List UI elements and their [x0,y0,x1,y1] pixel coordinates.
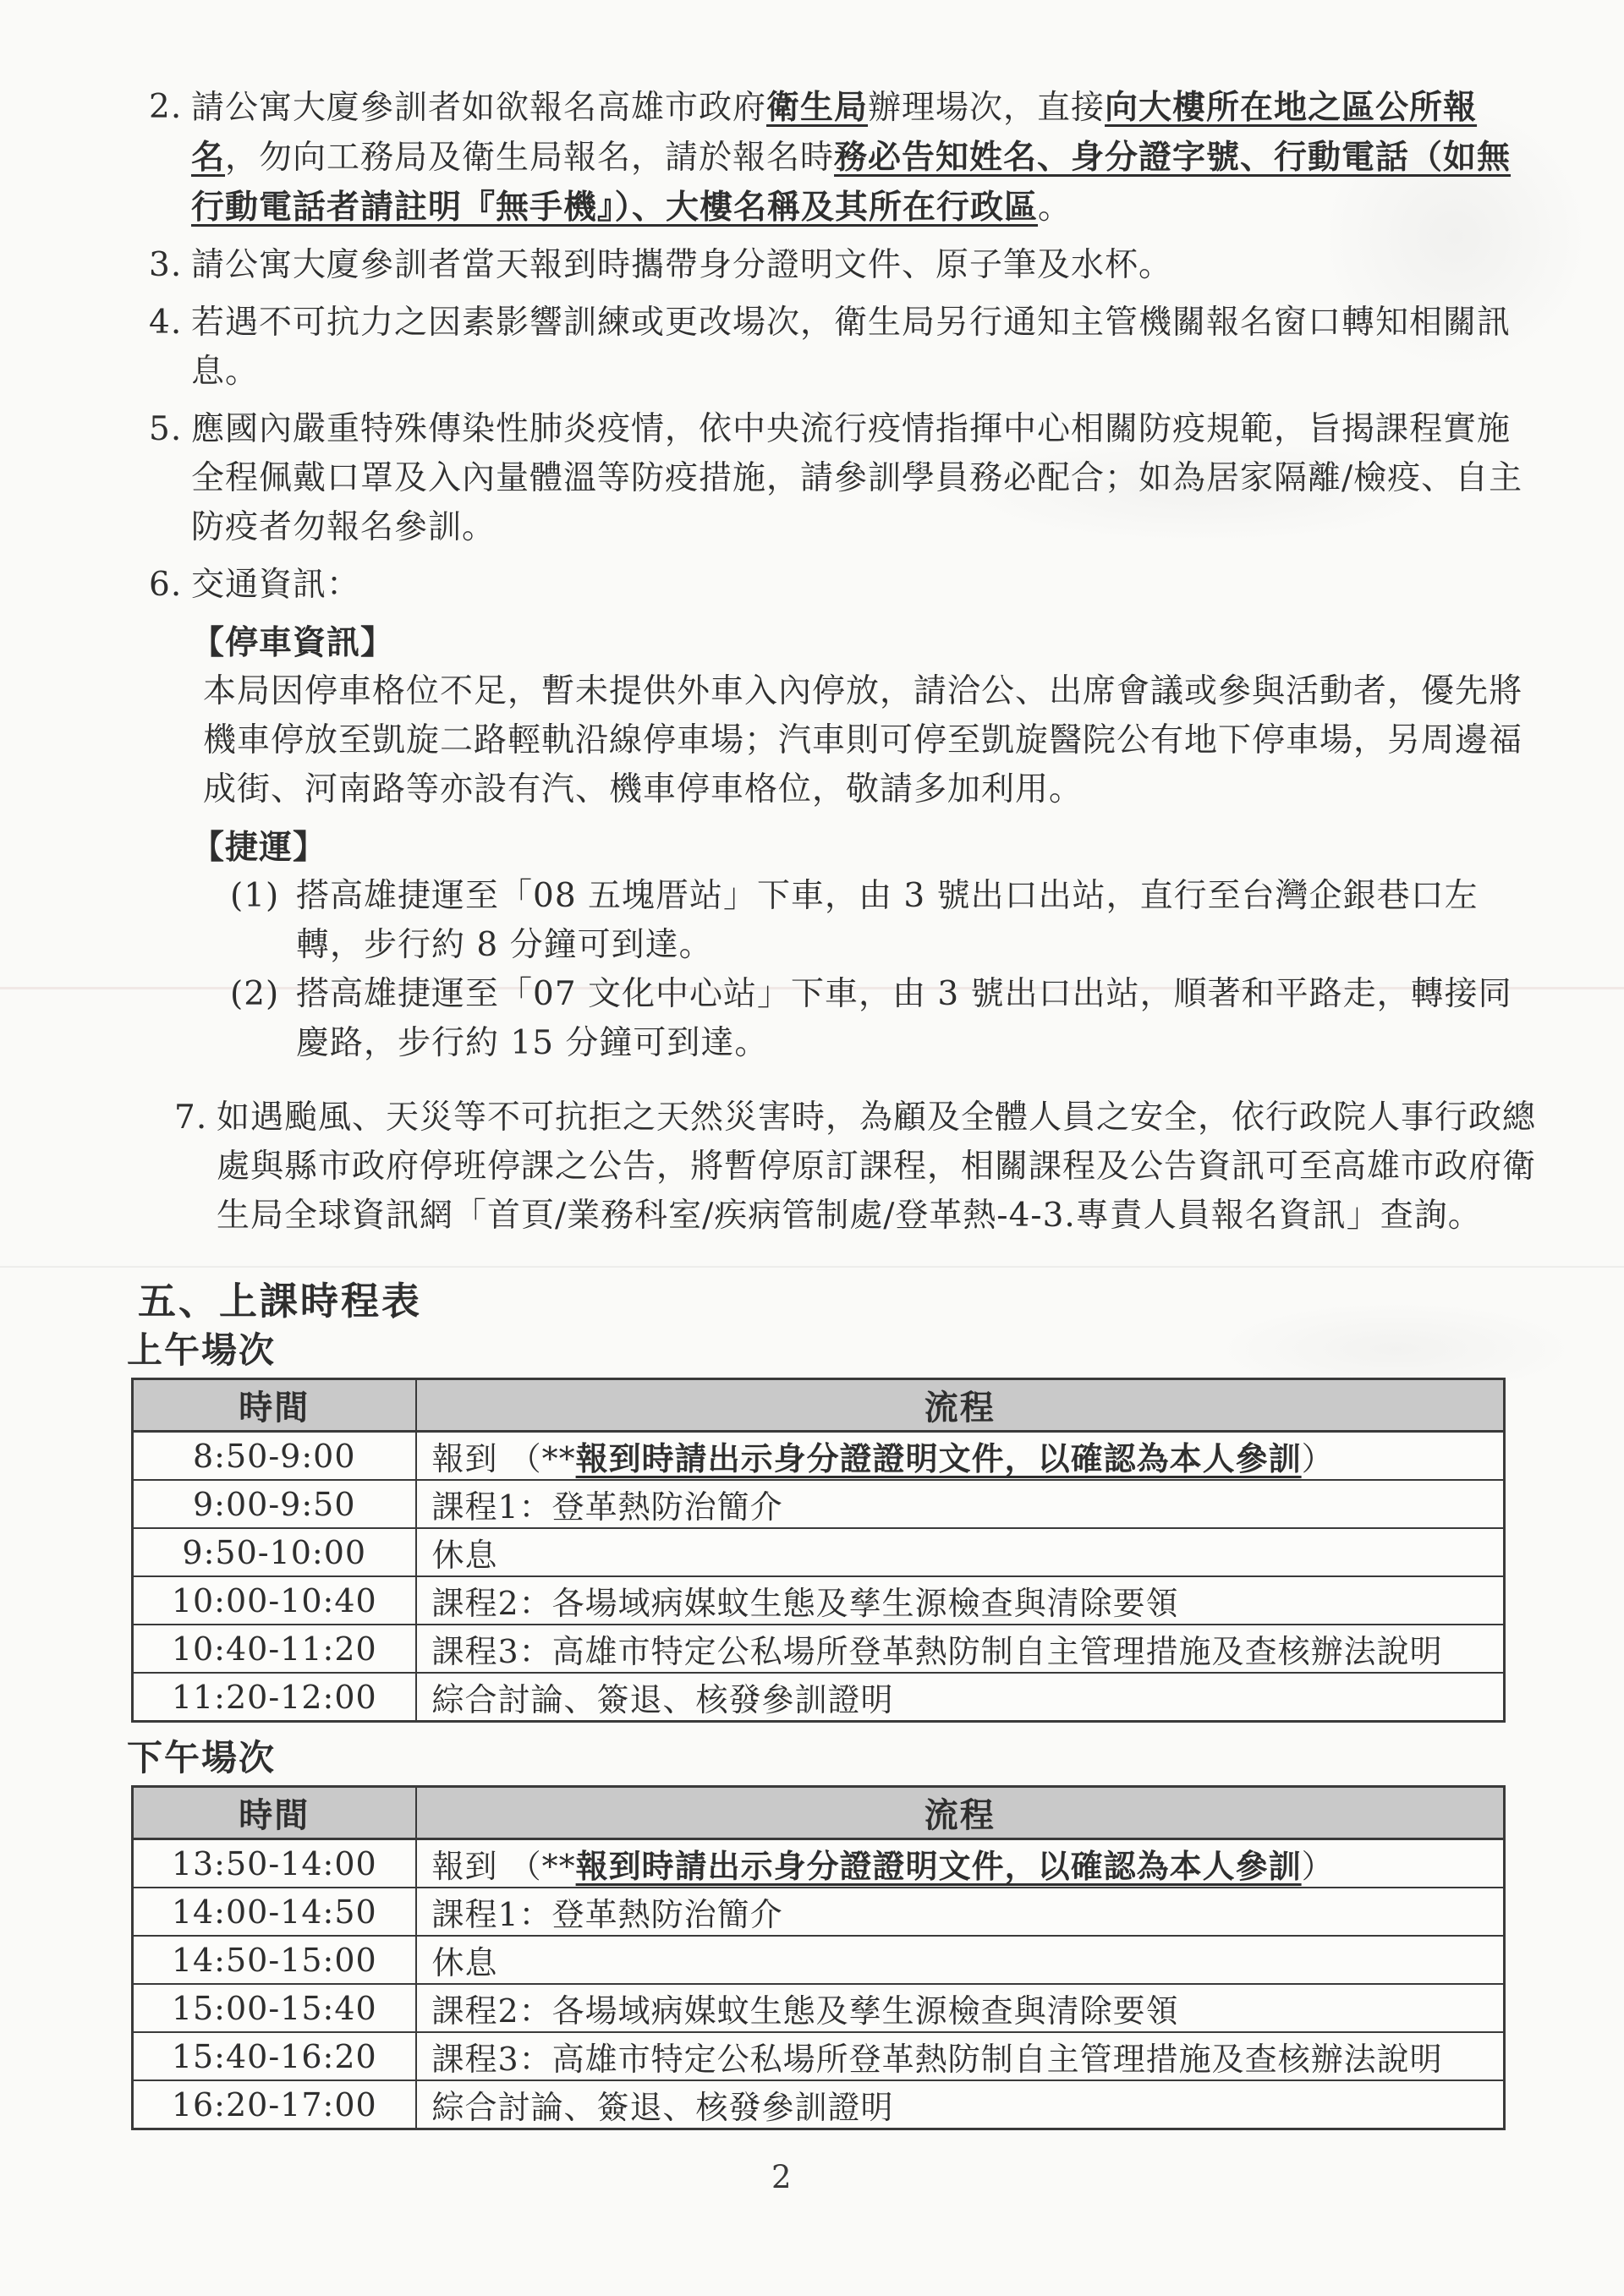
page-number: 2 [771,2159,822,2196]
body-text: 報到 （** [432,1440,576,1477]
emphasized-text: 報到時請出示身分證證明文件，以確認為本人參訓 [576,1847,1302,1885]
session-label: 下午場次 [127,1734,1624,1782]
flow-cell: 報到 （**報到時請出示身分證證明文件，以確認為本人參訓） [416,1839,1505,1888]
flow-cell: 報到 （**報到時請出示身分證證明文件，以確認為本人參訓） [416,1432,1505,1481]
scanned-document-page: 2.請公寓大廈參訓者如欲報名高雄市政府衛生局辦理場次，直接向大樓所在地之區公所報… [0,0,1624,2296]
time-cell: 9:00-9:50 [133,1480,416,1528]
body-text: 辦理場次，直接 [868,89,1105,127]
item-paragraph: 交通資訊： [191,561,1533,610]
column-header-time: 時間 [133,1787,416,1839]
table-row: 14:50-15:00休息 [133,1936,1505,1984]
mrt-route-item: (2)搭高雄捷運至「07 文化中心站」下車，由 3 號出口出站，順著和平路走，轉… [191,970,1533,1068]
body-text: 請公寓大廈參訓者如欲報名高雄市政府 [191,89,766,127]
item-number: 4. [149,299,191,397]
list-item-7: 7.如遇颱風、天災等不可抗拒之天然災害時，為顧及全體人員之安全，依行政院人事行政… [0,1093,1624,1241]
time-cell: 8:50-9:00 [133,1432,416,1481]
item-body: 如遇颱風、天災等不可抗拒之天然災害時，為顧及全體人員之安全，依行政院人事行政總處… [217,1093,1558,1241]
body-text: 課程3：高雄市特定公私場所登革熱防制自主管理措施及查核辦法說明 [432,1633,1443,1670]
time-cell: 10:00-10:40 [133,1576,416,1625]
mrt-route-number: (1) [230,872,296,970]
flow-cell: 綜合討論、簽退、核發參訓證明 [416,1673,1505,1722]
flow-cell: 課程2：各場域病媒蚊生態及孳生源檢查與清除要領 [416,1984,1505,2032]
body-text: 課程1：登革熱防治簡介 [432,1896,783,1933]
table-row: 11:20-12:00綜合討論、簽退、核發參訓證明 [133,1673,1505,1722]
body-text: 若遇不可抗力之因素影響訓練或更改場次，衛生局另行通知主管機關報名窗口轉知相關訊息… [191,304,1511,391]
schedule-table: 時間流程8:50-9:00報到 （**報到時請出示身分證證明文件，以確認為本人參… [131,1378,1506,1723]
item-number: 3. [149,241,191,290]
flow-cell: 休息 [416,1936,1505,1984]
mrt-route-text: 搭高雄捷運至「07 文化中心站」下車，由 3 號出口出站，順著和平路走，轉接同慶… [296,970,1533,1068]
table-row: 9:50-10:00休息 [133,1528,1505,1576]
table-row: 13:50-14:00報到 （**報到時請出示身分證證明文件，以確認為本人參訓） [133,1839,1505,1888]
schedule-table: 時間流程13:50-14:00報到 （**報到時請出示身分證證明文件，以確認為本… [131,1785,1506,2130]
item-paragraph: 請公寓大廈參訓者如欲報名高雄市政府衛生局辦理場次，直接向大樓所在地之區公所報名，… [191,83,1533,233]
time-cell: 14:00-14:50 [133,1888,416,1936]
mrt-route-item: (1)搭高雄捷運至「08 五塊厝站」下車，由 3 號出口出站，直行至台灣企銀巷口… [191,872,1533,970]
list-item-5: 5.應國內嚴重特殊傳染性肺炎疫情，依中央流行疫情指揮中心相關防疫規範，旨揭課程實… [0,405,1624,552]
body-text: 休息 [432,1944,498,1981]
time-cell: 11:20-12:00 [133,1673,416,1722]
body-text: ） [1302,1440,1335,1477]
flow-cell: 課程3：高雄市特定公私場所登革熱防制自主管理措施及查核辦法說明 [416,2032,1505,2080]
table-row: 14:00-14:50課程1：登革熱防治簡介 [133,1888,1505,1936]
table-row: 15:00-15:40課程2：各場域病媒蚊生態及孳生源檢查與清除要領 [133,1984,1505,2032]
table-row: 10:40-11:20課程3：高雄市特定公私場所登革熱防制自主管理措施及查核辦法… [133,1625,1505,1673]
item-body: 請公寓大廈參訓者當天報到時攜帶身分證明文件、原子筆及水杯。 [191,241,1533,290]
mrt-info-title: 【捷運】 [191,823,1533,872]
body-text: 綜合討論、簽退、核發參訓證明 [432,2089,894,2126]
body-text: 交通資訊： [191,566,360,604]
emphasized-text: 衛生局 [766,88,868,127]
list-item-4: 4.若遇不可抗力之因素影響訓練或更改場次，衛生局另行通知主管機關報名窗口轉知相關… [0,299,1624,397]
body-text: 如遇颱風、天災等不可抗拒之天然災害時，為顧及全體人員之安全，依行政院人事行政總處… [217,1099,1536,1235]
flow-cell: 課程1：登革熱防治簡介 [416,1888,1505,1936]
body-text: 休息 [432,1537,498,1574]
item-body: 交通資訊：【停車資訊】本局因停車格位不足，暫未提供外車入內停放，請洽公、出席會議… [191,561,1533,1068]
session-label: 上午場次 [127,1327,1624,1374]
body-text: 。 [1038,189,1072,227]
item-body: 應國內嚴重特殊傳染性肺炎疫情，依中央流行疫情指揮中心相關防疫規範，旨揭課程實施全… [191,405,1533,552]
table-header-row: 時間流程 [133,1379,1505,1432]
table-row: 9:00-9:50課程1：登革熱防治簡介 [133,1480,1505,1528]
column-header-time: 時間 [133,1379,416,1432]
time-cell: 15:00-15:40 [133,1984,416,2032]
body-text: 報到 （** [432,1848,576,1885]
flow-cell: 課程1：登革熱防治簡介 [416,1480,1505,1528]
table-row: 16:20-17:00綜合討論、簽退、核發參訓證明 [133,2080,1505,2129]
body-text: 課程1：登革熱防治簡介 [432,1488,783,1526]
item-paragraph: 請公寓大廈參訓者當天報到時攜帶身分證明文件、原子筆及水杯。 [191,241,1533,290]
body-text: 課程3：高雄市特定公私場所登革熱防制自主管理措施及查核辦法說明 [432,2041,1443,2078]
flow-cell: 休息 [416,1528,1505,1576]
body-text: 應國內嚴重特殊傳染性肺炎疫情，依中央流行疫情指揮中心相關防疫規範，旨揭課程實施全… [191,410,1522,546]
table-row: 10:00-10:40課程2：各場域病媒蚊生態及孳生源檢查與清除要領 [133,1576,1505,1625]
item-paragraph: 應國內嚴重特殊傳染性肺炎疫情，依中央流行疫情指揮中心相關防疫規範，旨揭課程實施全… [191,405,1533,552]
parking-info-text: 本局因停車格位不足，暫未提供外車入內停放，請洽公、出席會議或參與活動者，優先將機… [191,667,1533,814]
time-cell: 15:40-16:20 [133,2032,416,2080]
list-item-6: 6.交通資訊：【停車資訊】本局因停車格位不足，暫未提供外車入內停放，請洽公、出席… [0,561,1624,1068]
time-cell: 14:50-15:00 [133,1936,416,1984]
flow-cell: 綜合討論、簽退、核發參訓證明 [416,2080,1505,2129]
body-text: 請公寓大廈參訓者當天報到時攜帶身分證明文件、原子筆及水杯。 [191,246,1172,284]
flow-cell: 課程3：高雄市特定公私場所登革熱防制自主管理措施及查核辦法說明 [416,1625,1505,1673]
flow-cell: 課程2：各場域病媒蚊生態及孳生源檢查與清除要領 [416,1576,1505,1625]
list-item-3: 3.請公寓大廈參訓者當天報到時攜帶身分證明文件、原子筆及水杯。 [0,241,1624,290]
mrt-route-text: 搭高雄捷運至「08 五塊厝站」下車，由 3 號出口出站，直行至台灣企銀巷口左轉，… [296,872,1533,970]
column-header-flow: 流程 [416,1379,1505,1432]
table-header-row: 時間流程 [133,1787,1505,1839]
parking-info-title: 【停車資訊】 [191,618,1533,667]
table-row: 8:50-9:00報到 （**報到時請出示身分證證明文件，以確認為本人參訓） [133,1432,1505,1481]
table-row: 15:40-16:20課程3：高雄市特定公私場所登革熱防制自主管理措施及查核辦法… [133,2032,1505,2080]
item-number: 5. [149,405,191,552]
time-cell: 13:50-14:00 [133,1839,416,1888]
body-text: 綜合討論、簽退、核發參訓證明 [432,1681,894,1718]
body-text: 課程2：各場域病媒蚊生態及孳生源檢查與清除要領 [432,1992,1179,2030]
list-item-2: 2.請公寓大廈參訓者如欲報名高雄市政府衛生局辦理場次，直接向大樓所在地之區公所報… [0,83,1624,233]
schedule-sessions: 上午場次時間流程8:50-9:00報到 （**報到時請出示身分證證明文件，以確認… [0,1327,1624,2130]
item-paragraph: 若遇不可抗力之因素影響訓練或更改場次，衛生局另行通知主管機關報名窗口轉知相關訊息… [191,299,1533,397]
item-body: 請公寓大廈參訓者如欲報名高雄市政府衛生局辦理場次，直接向大樓所在地之區公所報名，… [191,83,1533,233]
time-cell: 10:40-11:20 [133,1625,416,1673]
emphasized-text: 報到時請出示身分證證明文件，以確認為本人參訓 [576,1439,1302,1477]
time-cell: 16:20-17:00 [133,2080,416,2129]
body-text: ，勿向工務局及衛生局報名，請於報名時 [225,139,834,177]
body-text: ） [1302,1848,1335,1885]
document-content: 2.請公寓大廈參訓者如欲報名高雄市政府衛生局辦理場次，直接向大樓所在地之區公所報… [0,83,1624,2196]
item-body: 若遇不可抗力之因素影響訓練或更改場次，衛生局另行通知主管機關報名窗口轉知相關訊息… [191,299,1533,397]
item-number: 7. [174,1093,217,1241]
numbered-list: 2.請公寓大廈參訓者如欲報名高雄市政府衛生局辦理場次，直接向大樓所在地之區公所報… [0,83,1624,1241]
column-header-flow: 流程 [416,1787,1505,1839]
item-number: 6. [149,561,191,1068]
mrt-route-number: (2) [230,970,296,1068]
item-number: 2. [149,83,191,233]
time-cell: 9:50-10:00 [133,1528,416,1576]
body-text: 課程2：各場域病媒蚊生態及孳生源檢查與清除要領 [432,1585,1179,1622]
item-paragraph: 如遇颱風、天災等不可抗拒之天然災害時，為顧及全體人員之安全，依行政院人事行政總處… [217,1093,1558,1241]
section-title-schedule: 五、上課時程表 [138,1276,1624,1327]
